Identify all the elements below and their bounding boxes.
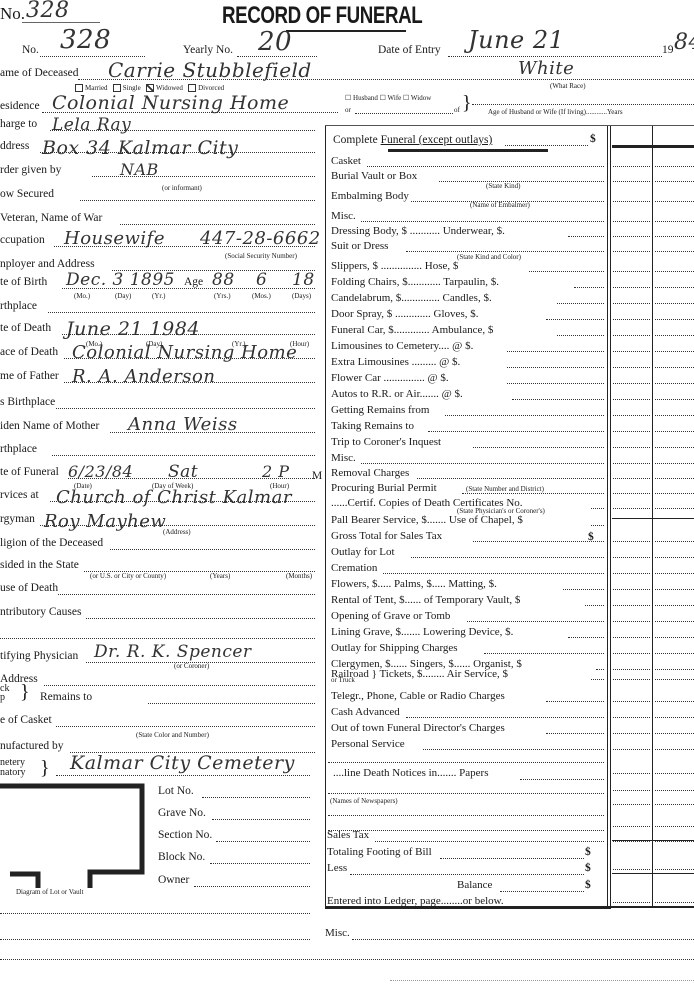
caption-resided-months: (Months) [286, 572, 312, 580]
cemetery-input[interactable] [56, 775, 310, 776]
amount-cell[interactable] [613, 679, 650, 680]
amount-cell[interactable] [655, 653, 694, 654]
amount-cell[interactable] [613, 902, 650, 903]
charge-item: Cremation [331, 562, 377, 574]
left-field-input[interactable] [0, 638, 315, 639]
amount-cell[interactable] [613, 319, 650, 320]
caption-mos: (Mos.) [252, 292, 271, 300]
charge-item: Door Spray, $ ............. Gloves, $. [331, 308, 478, 320]
charge-item-input[interactable] [361, 221, 604, 222]
left-field-label: harge to [0, 118, 37, 130]
amount-cell[interactable] [655, 826, 694, 827]
charge-item-input[interactable] [507, 351, 604, 352]
left-field-label: rthplace [0, 443, 37, 455]
amount-cell[interactable] [655, 236, 694, 237]
amount-cell[interactable] [655, 431, 694, 432]
charge-item-input[interactable] [467, 621, 604, 622]
date-of-entry-label: Date of Entry [378, 44, 441, 56]
charge-item: Embalming Body [331, 190, 409, 202]
amount-cell[interactable] [655, 287, 694, 288]
dollar-less: $ [585, 862, 591, 874]
amount-cell[interactable] [613, 589, 650, 590]
amount-cell[interactable] [655, 367, 694, 368]
left-field-label: te of Funeral [0, 466, 59, 478]
caption-number-district: (State Number and District) [466, 485, 544, 493]
left-field-label: rder given by [0, 164, 61, 176]
caption-embalmer: (Name of Embalmer) [470, 201, 530, 209]
left-field-label: te of Death [0, 322, 51, 334]
deceased-label: ame of Deceased [0, 67, 79, 79]
cemetery-label: neterynatory [0, 758, 26, 778]
left-field-input[interactable] [148, 703, 315, 704]
amount-cell[interactable] [613, 463, 650, 464]
charge-item-input[interactable] [367, 166, 604, 167]
charge-item: Procuring Burial Permit [331, 482, 437, 494]
informant-caption: (or informant) [162, 184, 202, 192]
marital-divorced[interactable]: Divorced [188, 84, 224, 92]
charge-item-input[interactable] [417, 478, 604, 479]
amount-cell[interactable] [613, 287, 650, 288]
death-notices-label: ....line Death Notices in....... Papers [333, 767, 489, 779]
brace-cemetery: } [40, 757, 50, 780]
address-value[interactable]: Box 34 Kalmar City [42, 137, 238, 159]
charge-item-input[interactable] [585, 605, 604, 606]
left-field-label: ace of Death [0, 346, 58, 358]
residence-value[interactable]: Colonial Nursing Home [52, 92, 289, 114]
yearly-number-value[interactable]: 20 [258, 27, 292, 57]
charge-item-input[interactable] [591, 679, 604, 680]
amount-cell[interactable] [613, 493, 650, 494]
charge-item-input[interactable] [406, 251, 604, 252]
charge-item: Flowers, $..... Palms, $..... Matting, $… [331, 578, 497, 590]
charge-item-input[interactable] [423, 749, 604, 750]
amount-cell[interactable] [655, 804, 694, 805]
dollar-sign: $ [590, 133, 596, 145]
lot-no-label: Lot No. [158, 785, 194, 797]
amount-cell[interactable] [613, 415, 650, 416]
charge-item-input[interactable] [591, 508, 604, 509]
clergyman-value[interactable]: Roy Mayhew [44, 511, 166, 532]
left-field-label: rthplace [0, 300, 37, 312]
caption-kind-color: (State Kind and Color) [457, 253, 521, 261]
newspapers-caption: (Names of Newspapers) [330, 797, 398, 805]
sales-tax-label: Sales Tax [327, 829, 369, 841]
charge-item: Limousines to Cemetery.... @ $. [331, 340, 473, 352]
amount-cell[interactable] [613, 351, 650, 352]
charge-item-input[interactable] [473, 447, 604, 448]
amount-cell[interactable] [613, 508, 650, 509]
left-field-input[interactable] [120, 224, 315, 225]
funeral-hour-value[interactable]: 2 P [262, 462, 290, 481]
caption-yrs: (Yrs.) [214, 292, 231, 300]
amount-cell[interactable] [613, 669, 650, 670]
section-no-label: Section No. [158, 829, 212, 841]
owner-label: Owner [158, 874, 189, 886]
caption-resided-where: (or U.S. or City or County) [90, 572, 166, 580]
amount-cell[interactable] [655, 351, 694, 352]
amount-cell[interactable] [613, 621, 650, 622]
amount-cell[interactable] [655, 181, 694, 182]
amount-cell[interactable] [655, 701, 694, 702]
spouse-or: or [345, 106, 351, 114]
amount-cell[interactable] [655, 573, 694, 574]
charge-item-input[interactable] [411, 557, 604, 558]
amount-cell[interactable] [613, 749, 650, 750]
amount-cell[interactable] [655, 749, 694, 750]
charge-item-input[interactable] [445, 415, 604, 416]
amount-cell[interactable] [655, 841, 694, 842]
race-value[interactable]: White [518, 58, 574, 79]
balance-label: Balance [457, 879, 492, 891]
left-field-label: s Birthplace [0, 396, 55, 408]
father-name-value[interactable]: R. A. Anderson [72, 366, 215, 387]
amount-cell[interactable] [655, 508, 694, 509]
amount-cell[interactable] [613, 605, 650, 606]
caption-days: (Days) [292, 292, 311, 300]
amount-cell[interactable] [613, 637, 650, 638]
diagram-caption: Diagram of Lot or Vault [16, 888, 84, 896]
amount-cell[interactable] [613, 478, 650, 479]
amount-cell[interactable] [613, 303, 650, 304]
charge-item-input[interactable] [439, 181, 604, 182]
charge-item-input[interactable] [361, 463, 604, 464]
cemetery-value[interactable]: Kalmar City Cemetery [70, 752, 295, 774]
amount-cell[interactable] [655, 415, 694, 416]
left-field-label: me of Father [0, 370, 59, 382]
amount-cell[interactable] [613, 790, 650, 791]
amount-cell[interactable] [655, 447, 694, 448]
marital-married[interactable]: Married [75, 84, 108, 92]
left-field-label: ow Secured [0, 188, 54, 200]
charge-item: Trip to Coroner's Inquest [331, 436, 441, 448]
amount-cell[interactable] [655, 303, 694, 304]
left-field-input[interactable] [58, 594, 315, 595]
charge-item: Railroad } Tickets, $........ Air Servic… [331, 668, 508, 680]
year-prefix: 19 [662, 44, 674, 56]
misc-bottom-label: Misc. [325, 927, 350, 939]
left-field-input[interactable] [56, 408, 315, 409]
left-field-label: use of Death [0, 582, 58, 594]
amount-cell[interactable] [613, 733, 650, 734]
amount-cell[interactable] [655, 271, 694, 272]
less-label: Less [327, 862, 347, 874]
clergyman-caption: (Address) [163, 528, 191, 536]
charge-item-input[interactable] [428, 431, 604, 432]
amount-cell[interactable] [613, 841, 650, 842]
railroad-sub-label: or Truck [331, 676, 355, 684]
left-field-label: tifying Physician [0, 650, 78, 662]
charge-item-input[interactable] [507, 367, 604, 368]
amount-cell[interactable] [655, 541, 694, 542]
left-field-label: ccupation [0, 234, 45, 246]
charge-item-input[interactable] [383, 573, 604, 574]
top-number-value: 328 [26, 0, 70, 23]
totaling-footing-label: Totaling Footing of Bill [327, 846, 432, 858]
charge-item: Rental of Tent, $...... of Temporary Vau… [331, 594, 520, 606]
charge-item: Candelabrum, $.............. Candles, $. [331, 292, 492, 304]
left-field-label: rgyman [0, 513, 35, 525]
yearly-number-label: Yearly No. [183, 44, 233, 56]
left-field-label: iden Name of Mother [0, 420, 99, 432]
occupation-value[interactable]: Housewife [64, 228, 165, 249]
place-of-death-value[interactable]: Colonial Nursing Home [72, 342, 297, 363]
amount-cell[interactable] [655, 463, 694, 464]
charge-item-input[interactable] [563, 589, 604, 590]
charge-item-input[interactable] [529, 271, 604, 272]
birth-date-value[interactable]: Dec. 3 1895 [66, 270, 175, 290]
charge-item: Cash Advanced [331, 706, 400, 718]
charge-item-input[interactable] [473, 541, 604, 542]
grave-no-label: Grave No. [158, 807, 206, 819]
amount-cell[interactable] [655, 335, 694, 336]
left-field-input[interactable] [86, 618, 315, 619]
residence-label: esidence [0, 100, 40, 112]
amount-cell[interactable] [655, 201, 694, 202]
amount-cell[interactable] [613, 701, 650, 702]
left-field-input[interactable] [56, 726, 315, 727]
left-field-label: ddress [0, 140, 29, 152]
marital-widowed[interactable]: Widowed [146, 84, 183, 92]
left-field-input[interactable] [80, 200, 315, 201]
charge-item: Misc. [331, 210, 356, 222]
caption-mo: (Mo.) [74, 292, 90, 300]
caption-physician-coroner: (State Physician's or Coroner's) [457, 507, 545, 515]
amount-cell[interactable] [655, 869, 694, 870]
dollar-total: $ [585, 846, 591, 858]
amount-cell[interactable] [613, 181, 650, 182]
ship-label: ckp [0, 684, 9, 702]
left-field-label: Veteran, Name of War [0, 212, 102, 224]
amount-cell[interactable] [613, 367, 650, 368]
mother-name-value[interactable]: Anna Weiss [128, 414, 238, 435]
amount-cell[interactable] [613, 271, 650, 272]
charge-item-input[interactable] [546, 733, 604, 734]
block-no-label: Block No. [158, 851, 205, 863]
amount-cell[interactable] [613, 804, 650, 805]
spouse-options[interactable]: ☐ Husband ☐ Wife ☐ Widow [345, 94, 431, 102]
order-given-value[interactable]: NAB [120, 160, 159, 179]
funeral-day-value[interactable]: Sat [168, 462, 198, 482]
funeral-date-value[interactable]: 6/23/84 [68, 462, 133, 481]
amount-cell[interactable] [613, 251, 650, 252]
ledger-label: Entered into Ledger, page........or belo… [327, 895, 504, 907]
amount-cell[interactable] [613, 717, 650, 718]
charge-item-input[interactable] [568, 236, 604, 237]
amount-cell[interactable] [613, 431, 650, 432]
deceased-name-value[interactable]: Carrie Stubblefield [108, 58, 312, 82]
charge-item: Folding Chairs, $............ Tarpaulin,… [331, 276, 499, 288]
charge-item: Casket [331, 155, 361, 167]
amount-cell[interactable] [655, 589, 694, 590]
charge-item: Opening of Grave or Tomb [331, 610, 450, 622]
spouse-of: of [454, 106, 460, 114]
caption-yr: (Yr.) [152, 292, 165, 300]
charge-item: Autos to R.R. or Air....... @ $. [331, 388, 463, 400]
ssn-caption: (Social Security Number) [225, 252, 297, 260]
left-field-label: ligion of the Deceased [0, 537, 103, 549]
charge-item: Outlay for Shipping Charges [331, 642, 458, 654]
services-at-value[interactable]: Church of Christ Kalmar [56, 487, 292, 508]
amount-cell[interactable] [655, 605, 694, 606]
left-field-label: nployer and Address [0, 258, 95, 270]
amount-cell[interactable] [655, 902, 694, 903]
charge-item: Misc. [331, 452, 356, 464]
date-of-entry-value[interactable]: June 21 [468, 26, 564, 54]
amount-cell[interactable] [655, 383, 694, 384]
amount-cell[interactable] [613, 236, 650, 237]
left-field-input[interactable] [52, 455, 315, 456]
amount-cell[interactable] [613, 573, 650, 574]
brace-remains: } [20, 681, 30, 704]
charge-item: Suit or Dress [331, 240, 388, 252]
left-field-input[interactable] [110, 549, 315, 550]
ssn-value[interactable]: 447-28-6662 [200, 228, 321, 249]
left-field-label: te of Birth [0, 276, 47, 288]
amount-cell[interactable] [613, 557, 650, 558]
amount-cell[interactable] [613, 383, 650, 384]
left-field-input[interactable] [44, 685, 315, 686]
charge-item: Funeral Car, $............. Ambulance, $ [331, 324, 493, 336]
charge-item-input[interactable] [507, 383, 604, 384]
age-days-value[interactable]: 18 [292, 270, 315, 290]
amount-cell[interactable] [613, 335, 650, 336]
dollar-gross: $ [588, 531, 594, 543]
left-field-label: sided in the State [0, 559, 79, 571]
top-number-label: No. [0, 4, 25, 24]
brace: } [462, 92, 472, 115]
amount-cell[interactable] [655, 773, 694, 774]
physician-caption: (or Coroner) [174, 662, 209, 670]
charge-item: Dressing Body, $ ........... Underwear, … [331, 225, 505, 237]
charge-item: Flower Car ............... @ $. [331, 372, 449, 384]
age-months-value[interactable]: 6 [256, 270, 267, 290]
charge-item-input[interactable] [462, 493, 604, 494]
charge-item-input[interactable] [591, 525, 604, 526]
charge-to-value[interactable]: Lela Ray [52, 115, 131, 135]
amount-cell[interactable] [655, 790, 694, 791]
charge-item-input[interactable] [546, 701, 604, 702]
physician-value[interactable]: Dr. R. K. Spencer [94, 642, 252, 662]
charge-item: Telegr., Phone, Cable or Radio Charges [331, 690, 505, 702]
dollar-balance: $ [585, 879, 591, 891]
amount-cell[interactable] [655, 251, 694, 252]
charge-item-input[interactable] [484, 653, 604, 654]
charge-item-input[interactable] [557, 303, 604, 304]
lot-diagram [0, 780, 150, 890]
amount-cell[interactable] [613, 773, 650, 774]
left-field-label: ntributory Causes [0, 606, 81, 618]
amount-cell[interactable] [655, 319, 694, 320]
casket-caption: (State Color and Number) [136, 731, 209, 739]
amount-cell[interactable] [613, 541, 650, 542]
caption-state-kind: (State Kind) [486, 182, 520, 190]
left-field-label: Remains to [40, 691, 92, 703]
amount-cell[interactable] [655, 557, 694, 558]
amount-cell[interactable] [655, 637, 694, 638]
left-field-label: e of Casket [0, 714, 52, 726]
amount-cell[interactable] [655, 478, 694, 479]
charge-item: Personal Service [331, 738, 405, 750]
charge-item-input[interactable] [557, 335, 604, 336]
age-years-value[interactable]: 88 [212, 270, 235, 290]
charge-item: Slippers, $ ............... Hose, $ [331, 260, 458, 272]
charge-item-input[interactable] [406, 717, 604, 718]
year-value[interactable]: 84 [674, 30, 694, 55]
spouse-age-caption: Age of Husband or Wife (If living)......… [488, 108, 623, 116]
death-date-value[interactable]: June 21 1984 [66, 318, 200, 340]
amount-cell[interactable] [655, 717, 694, 718]
left-field-label: rvices at [0, 489, 39, 501]
amount-cell[interactable] [655, 621, 694, 622]
charge-item: Lining Grave, $....... Lowering Device, … [331, 626, 513, 638]
charge-item: Removal Charges [331, 467, 409, 479]
record-number-value[interactable]: 328 [60, 25, 111, 55]
amount-cell[interactable] [613, 653, 650, 654]
caption-resided-years: (Years) [210, 572, 230, 580]
amount-cell[interactable] [655, 399, 694, 400]
amount-cell[interactable] [655, 733, 694, 734]
charge-item-input[interactable] [568, 637, 604, 638]
race-caption: (What Race) [550, 82, 586, 90]
record-number-label: No. [22, 44, 39, 56]
charge-item-input[interactable] [546, 319, 604, 320]
charge-item: Burial Vault or Box [331, 170, 417, 182]
amount-cell[interactable] [613, 869, 650, 870]
amount-cell[interactable] [655, 166, 694, 167]
amount-cell[interactable] [655, 221, 694, 222]
amount-cell[interactable] [613, 201, 650, 202]
complete-funeral-label: Complete Funeral (except outlays) [333, 134, 492, 146]
funeral-m: M [312, 470, 322, 482]
caption-day: (Day) [115, 292, 131, 300]
amount-cell[interactable] [655, 493, 694, 494]
amount-cell[interactable] [613, 221, 650, 222]
charge-item: Outlay for Lot [331, 546, 395, 558]
left-field-label: nufactured by [0, 740, 64, 752]
amount-cell[interactable] [613, 826, 650, 827]
charge-item: Getting Remains from [331, 404, 429, 416]
marital-single[interactable]: Single [113, 84, 141, 92]
charge-item: Out of town Funeral Director's Charges [331, 722, 505, 734]
amount-cell[interactable] [613, 166, 650, 167]
charge-item-input[interactable] [596, 669, 604, 670]
charge-item: Pall Bearer Service, $....... Use of Cha… [331, 514, 523, 526]
amount-cell[interactable] [655, 669, 694, 670]
amount-cell[interactable] [613, 399, 650, 400]
charge-item: Extra Limousines ......... @ $. [331, 356, 460, 368]
amount-cell[interactable] [613, 447, 650, 448]
age-label: Age [184, 276, 203, 288]
form-title: RECORD OF FUNERAL [222, 2, 422, 30]
charge-item-input[interactable] [574, 287, 604, 288]
amount-cell[interactable] [655, 679, 694, 680]
charge-item-input[interactable] [512, 399, 604, 400]
charge-item: Gross Total for Sales Tax [331, 530, 442, 542]
left-field-input[interactable] [48, 312, 315, 313]
charge-item: Taking Remains to [331, 420, 414, 432]
